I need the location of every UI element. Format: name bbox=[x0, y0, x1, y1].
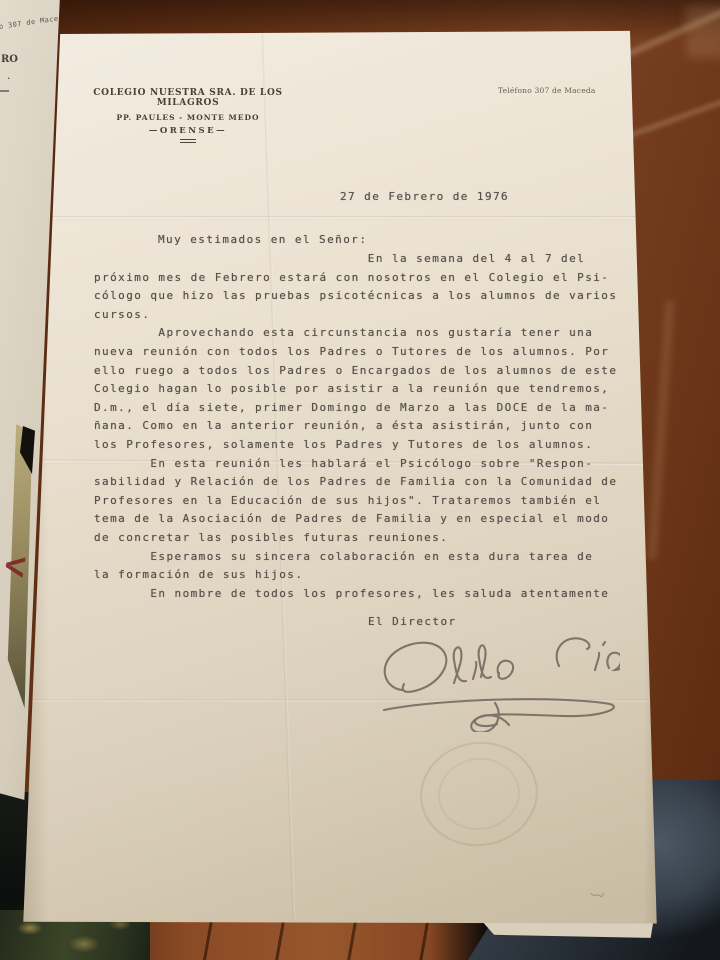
letter-line: cursos. bbox=[94, 306, 634, 325]
letter-line: En la semana del 4 al 7 del bbox=[94, 250, 634, 269]
letter-closing: El Director bbox=[368, 615, 457, 628]
letter-line: nueva reunión con todos los Padres o Tut… bbox=[94, 343, 634, 362]
letterhead-school-name: COLEGIO NUESTRA SRA. DE LOS MILAGROS bbox=[72, 88, 304, 108]
letter-line: tema de la Asociación de Padres de Famil… bbox=[94, 510, 634, 529]
letterhead-city-line: —ORENSE— bbox=[72, 126, 304, 136]
letter-line: de concretar las posibles futuras reunio… bbox=[94, 529, 634, 548]
underlying-paper-dot-fragment: . bbox=[6, 72, 11, 82]
wood-grain-highlight bbox=[686, 6, 720, 58]
photo-scene: no 307 de Mace RO . < COLEGIO NUESTRA SR… bbox=[0, 0, 720, 960]
letter-line: próximo mes de Febrero estará con nosotr… bbox=[94, 269, 634, 288]
letter-line: cólogo que hizo las pruebas psicotécnica… bbox=[94, 287, 634, 306]
underlying-paper-text-fragment: RO bbox=[1, 54, 18, 65]
letter-body: En la semana del 4 al 7 del próximo mes … bbox=[94, 250, 634, 603]
letter-page: COLEGIO NUESTRA SRA. DE LOS MILAGROS PP.… bbox=[22, 30, 658, 928]
signature-odilo-cid bbox=[366, 628, 620, 732]
letterhead-rule bbox=[180, 139, 196, 143]
letter-line: sabilidad y Relación de los Padres de Fa… bbox=[94, 473, 634, 492]
letter-line: Colegio hagan lo posible por asistir a l… bbox=[94, 380, 634, 399]
pencil-mark bbox=[588, 890, 606, 902]
letter-line: En esta reunión les hablará el Psicólogo… bbox=[94, 455, 634, 474]
stamp-ghost-inner-ring bbox=[433, 753, 524, 836]
letter-line: En nombre de todos los profesores, les s… bbox=[94, 585, 634, 604]
letter-line: ñana. Como en la anterior reunión, a ést… bbox=[94, 417, 634, 436]
letter-line: Profesores en la Educación de sus hijos"… bbox=[94, 492, 634, 511]
letter-line: los Profesores, solamente los Padres y T… bbox=[94, 436, 634, 455]
letterhead-phone: Teléfono 307 de Maceda bbox=[498, 86, 596, 95]
letter-date: 27 de Febrero de 1976 bbox=[340, 190, 509, 203]
letter-line: la formación de sus hijos. bbox=[94, 566, 634, 585]
letter-salutation: Muy estimados en el Señor: bbox=[158, 233, 367, 246]
letter-line: ello ruego a todos los Padres o Encargad… bbox=[94, 362, 634, 381]
letter-line: D.m., el día siete, primer Domingo de Ma… bbox=[94, 399, 634, 418]
fold-crease bbox=[22, 216, 658, 220]
letter-line: Esperamos su sincera colaboración en est… bbox=[94, 548, 634, 567]
letter-line: Aprovechando esta circunstancia nos gust… bbox=[94, 324, 634, 343]
letterhead: COLEGIO NUESTRA SRA. DE LOS MILAGROS PP.… bbox=[72, 88, 304, 143]
underlying-paper-dash-mark bbox=[0, 90, 9, 92]
letterhead-order-line: PP. PAULES - MONTE MEDO bbox=[72, 113, 304, 122]
